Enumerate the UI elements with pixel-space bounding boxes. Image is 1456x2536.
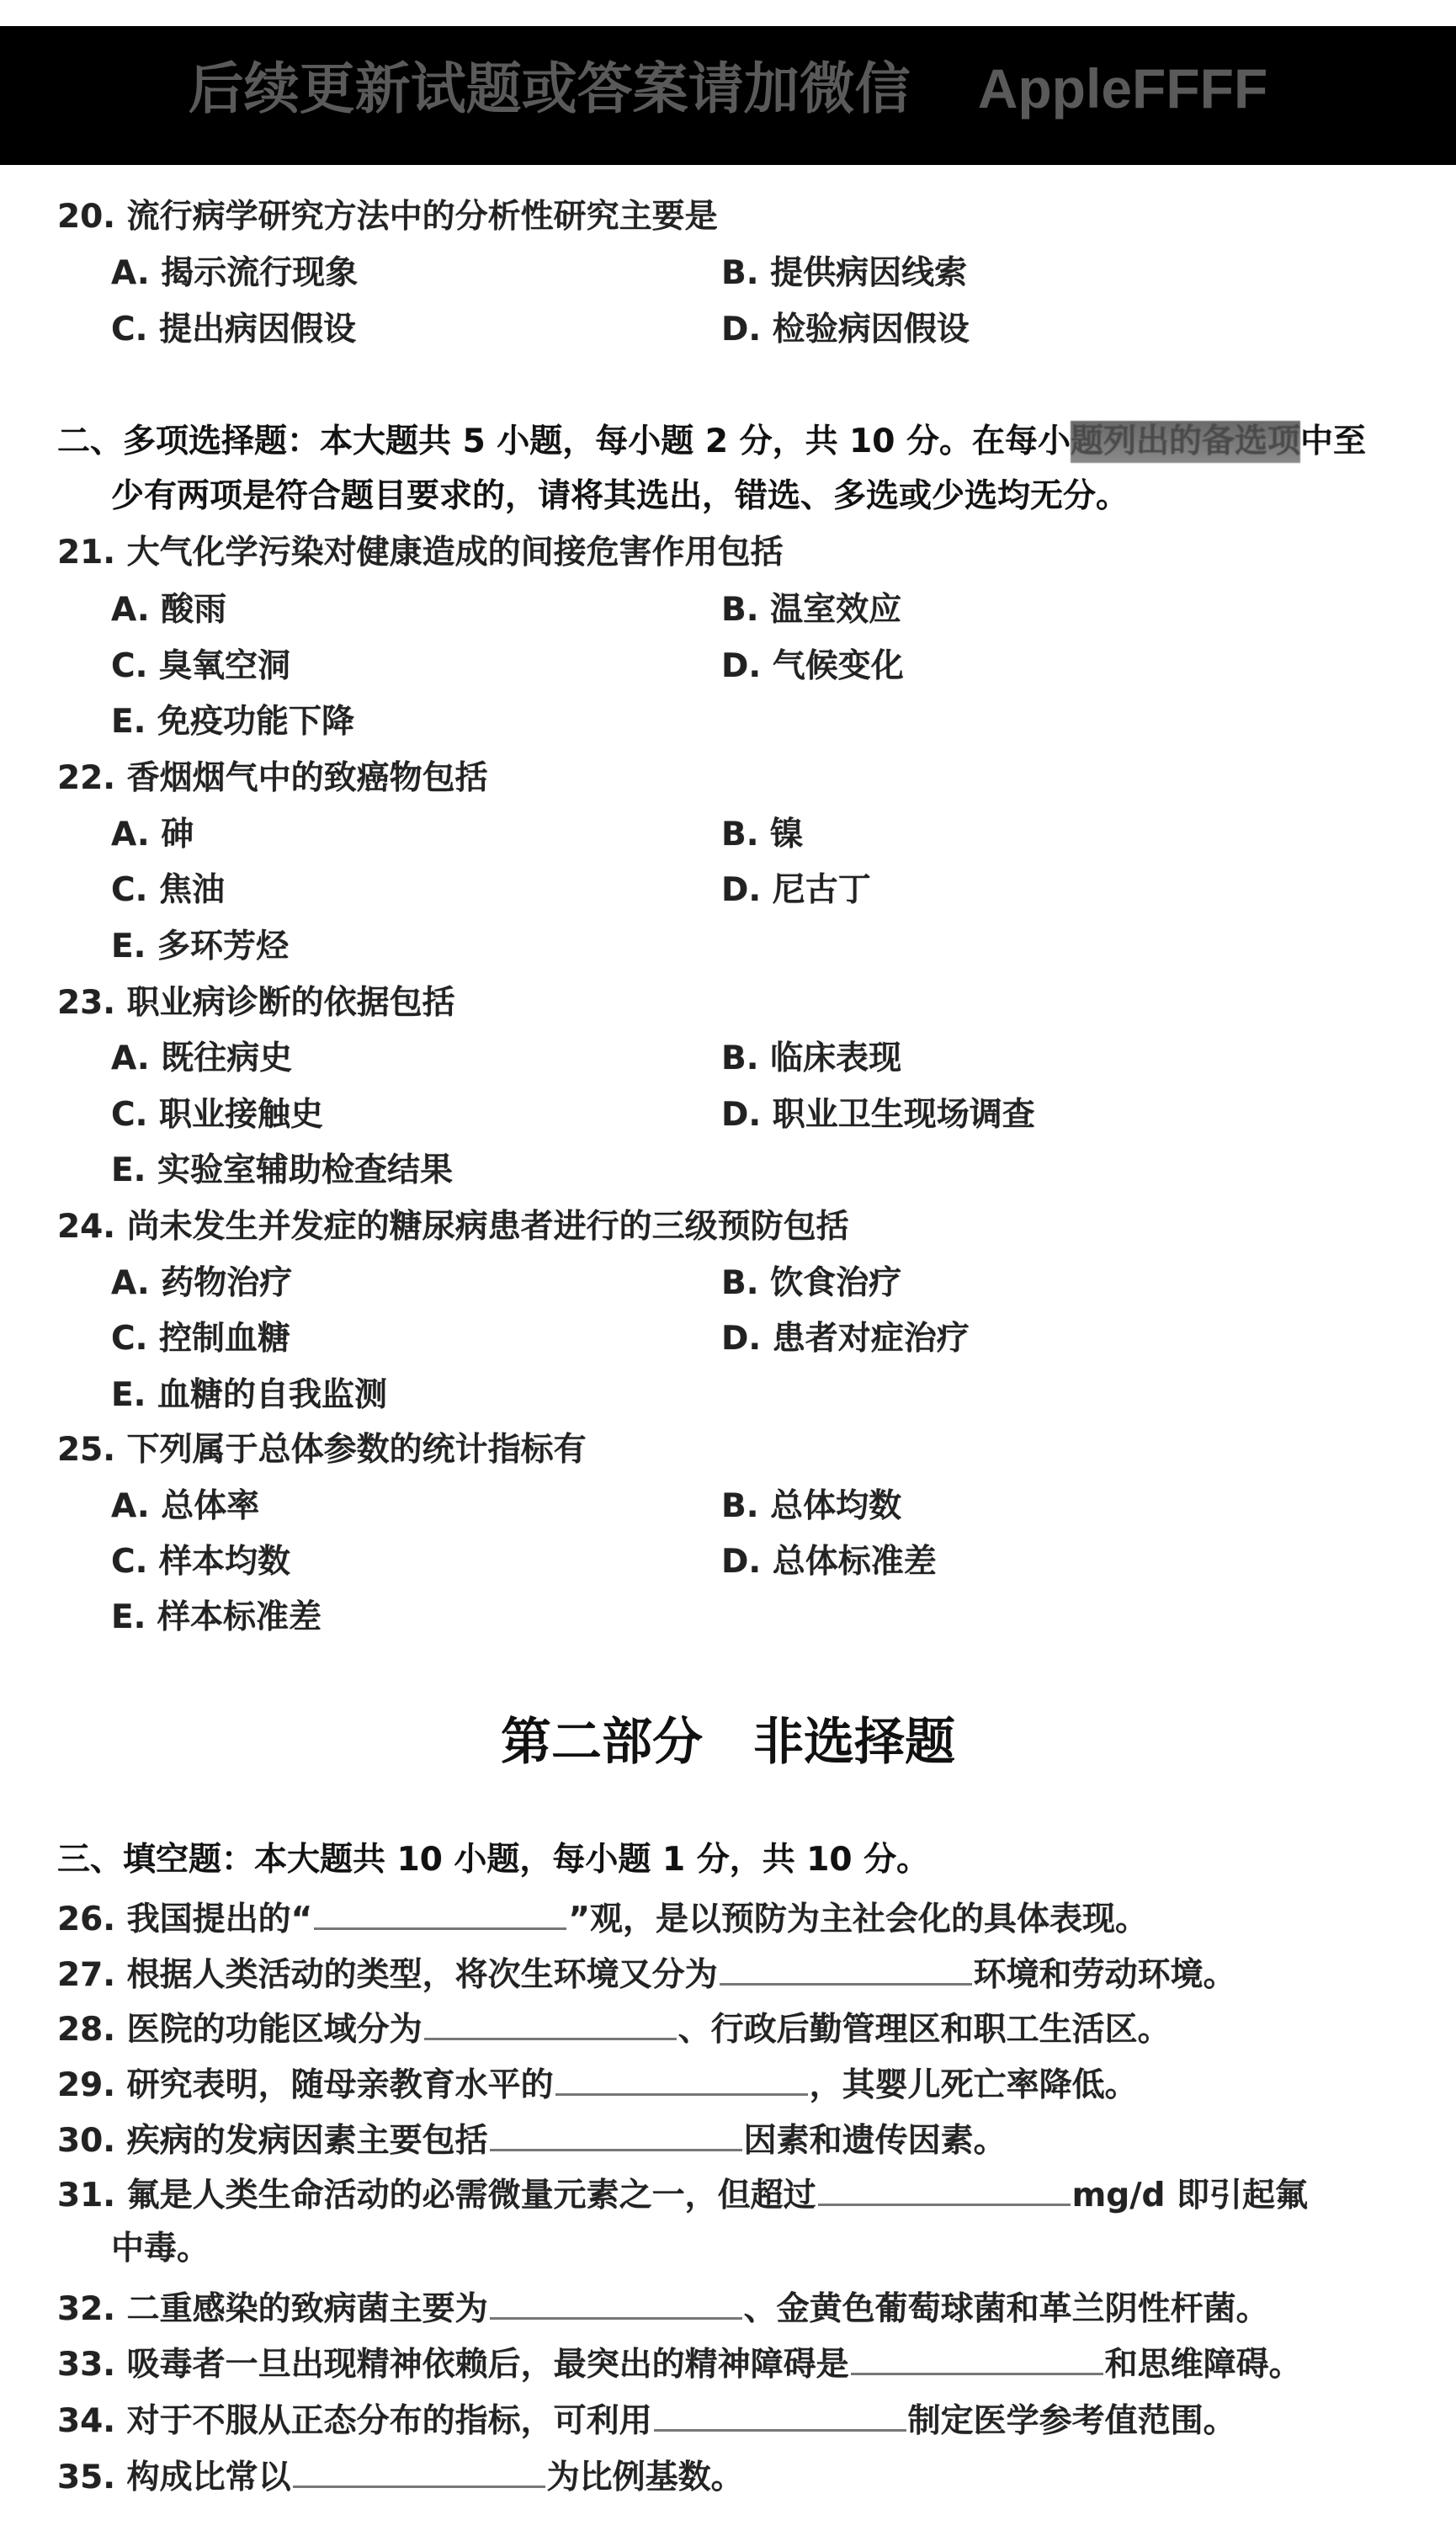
q28-text-before: 28. 医院的功能区域分为 [57,2011,422,2049]
q31-text-after: mg/d 即引起氟 [1072,2177,1308,2214]
q30-text-before: 30. 疾病的发病因素主要包括 [57,2122,488,2160]
answer-blank[interactable] [490,2285,742,2320]
section-2-text-a: 二、多项选择题：本大题共 5 小题，每小题 2 分，共 10 分。在每小 [57,423,1071,460]
question-22-stem: 22. 香烟烟气中的致癌物包括 [57,758,488,800]
watermark-banner: 后续更新试题或答案请加微信AppleFFFF [0,26,1456,165]
question-23-option-d: D. 职业卫生现场调查 [721,1094,1035,1136]
question-23-stem: 23. 职业病诊断的依据包括 [57,982,455,1024]
q29-text-after: ，其婴儿死亡率降低。 [810,2066,1138,2104]
q35-text-after: 为比例基数。 [547,2459,744,2496]
question-20-option-c: C. 提出病因假设 [111,309,356,351]
q34-text-before: 34. 对于不服从正态分布的指标，可利用 [57,2402,652,2440]
q32-text-before: 32. 二重感染的致病菌主要为 [57,2290,488,2328]
question-22-option-c: C. 焦油 [111,869,225,912]
question-28: 28. 医院的功能区域分为、行政后勤管理区和职工生活区。 [57,2006,1171,2051]
q33-text-before: 33. 吸毒者一旦出现精神依赖后，最突出的精神障碍是 [57,2346,849,2384]
question-24-option-e: E. 血糖的自我监测 [111,1374,387,1417]
question-30: 30. 疾病的发病因素主要包括因素和遗传因素。 [57,2117,1007,2162]
section-2-text-b: 中至 [1300,423,1366,460]
answer-blank[interactable] [555,2061,808,2096]
question-23-option-e: E. 实验室辅助检查结果 [111,1150,453,1192]
question-34: 34. 对于不服从正态分布的指标，可利用制定医学参考值范围。 [57,2397,1236,2443]
question-21-option-a: A. 酸雨 [111,589,226,631]
question-22-option-a: A. 砷 [111,814,194,856]
question-23-option-b: B. 临床表现 [721,1038,901,1080]
question-25-stem: 25. 下列属于总体参数的统计指标有 [57,1429,587,1471]
scan-smudge: 题列出的备选项 [1071,421,1300,463]
question-24-option-c: C. 控制血糖 [111,1318,290,1360]
question-24-option-a: A. 药物治疗 [111,1263,292,1305]
q30-text-after: 因素和遗传因素。 [744,2122,1007,2160]
question-21-option-b: B. 温室效应 [721,589,901,631]
question-25-option-b: B. 总体均数 [721,1486,901,1528]
q33-text-after: 和思维障碍。 [1105,2346,1302,2384]
answer-blank[interactable] [720,1951,972,1986]
answer-blank[interactable] [818,2172,1071,2206]
question-31-continuation: 中毒。 [111,2228,210,2270]
q27-text-after: 环境和劳动环境。 [974,1956,1236,1994]
section-2-instructions-line-1: 二、多项选择题：本大题共 5 小题，每小题 2 分，共 10 分。在每小题列出的… [57,421,1366,463]
question-29: 29. 研究表明，随母亲教育水平的，其婴儿死亡率降低。 [57,2061,1138,2107]
question-32: 32. 二重感染的致病菌主要为、金黄色葡萄球菌和革兰阴性杆菌。 [57,2285,1269,2331]
q28-text-after: 、行政后勤管理区和职工生活区。 [678,2011,1171,2049]
banner-text: 后续更新试题或答案请加微信AppleFFFF [0,55,1456,122]
question-25-option-d: D. 总体标准差 [721,1541,937,1583]
q27-text-before: 27. 根据人类活动的类型，将次生环境又分为 [57,1956,718,1994]
q31-text-before: 31. 氟是人类生命活动的必需微量元素之一，但超过 [57,2177,816,2214]
question-23-option-a: A. 既往病史 [111,1038,292,1080]
question-20-option-d: D. 检验病因假设 [721,309,970,351]
wechat-id: AppleFFFF [978,57,1268,120]
question-26: 26. 我国提出的“”观，是以预防为主社会化的具体表现。 [57,1895,1148,1941]
q26-text-after: ”观，是以预防为主社会化的具体表现。 [568,1901,1148,1938]
question-21-stem: 21. 大气化学污染对健康造成的间接危害作用包括 [57,532,784,574]
question-25-option-e: E. 样本标准差 [111,1597,321,1639]
q35-text-before: 35. 构成比常以 [57,2459,291,2496]
q29-text-before: 29. 研究表明，随母亲教育水平的 [57,2066,554,2104]
q34-text-after: 制定医学参考值范围。 [908,2402,1236,2440]
question-25-option-c: C. 样本均数 [111,1541,290,1583]
part-2-title: 第二部分非选择题 [0,1713,1456,1772]
question-24-option-d: D. 患者对症治疗 [721,1318,970,1360]
question-33: 33. 吸毒者一旦出现精神依赖后，最突出的精神障碍是和思维障碍。 [57,2341,1302,2386]
part-2-title-a: 第二部分 [501,1713,703,1772]
question-20-stem: 20. 流行病学研究方法中的分析性研究主要是 [57,196,718,238]
section-2-instructions-line-2: 少有两项是符合题目要求的，请将其选出，错选、多选或少选均无分。 [111,476,1129,518]
q26-text-before: 26. 我国提出的“ [57,1901,312,1938]
question-20-option-b: B. 提供病因线索 [721,253,967,295]
answer-blank[interactable] [293,2454,545,2488]
question-22-option-d: D. 尼古丁 [721,869,871,912]
question-27: 27. 根据人类活动的类型，将次生环境又分为环境和劳动环境。 [57,1951,1236,1996]
question-35: 35. 构成比常以为比例基数。 [57,2454,744,2499]
question-24-option-b: B. 饮食治疗 [721,1263,901,1305]
answer-blank[interactable] [490,2117,742,2151]
part-2-title-b: 非选择题 [753,1713,955,1772]
answer-blank[interactable] [851,2341,1103,2375]
question-21-option-c: C. 臭氧空洞 [111,646,290,688]
q32-text-after: 、金黄色葡萄球菌和革兰阴性杆菌。 [744,2290,1269,2328]
question-22-option-e: E. 多环芳烃 [111,926,289,968]
question-22-option-b: B. 镍 [721,814,803,856]
question-25-option-a: A. 总体率 [111,1486,259,1528]
banner-message: 后续更新试题或答案请加微信 [189,57,911,120]
answer-blank[interactable] [424,2006,677,2040]
answer-blank[interactable] [654,2397,906,2432]
section-3-instructions: 三、填空题：本大题共 10 小题，每小题 1 分，共 10 分。 [57,1839,929,1881]
question-21-option-e: E. 免疫功能下降 [111,701,354,743]
answer-blank[interactable] [314,1895,566,1930]
question-24-stem: 24. 尚未发生并发症的糖尿病患者进行的三级预防包括 [57,1206,849,1248]
question-21-option-d: D. 气候变化 [721,646,904,688]
question-20-option-a: A. 揭示流行现象 [111,253,358,295]
question-23-option-c: C. 职业接触史 [111,1094,323,1136]
question-31: 31. 氟是人类生命活动的必需微量元素之一，但超过mg/d 即引起氟 [57,2172,1308,2217]
